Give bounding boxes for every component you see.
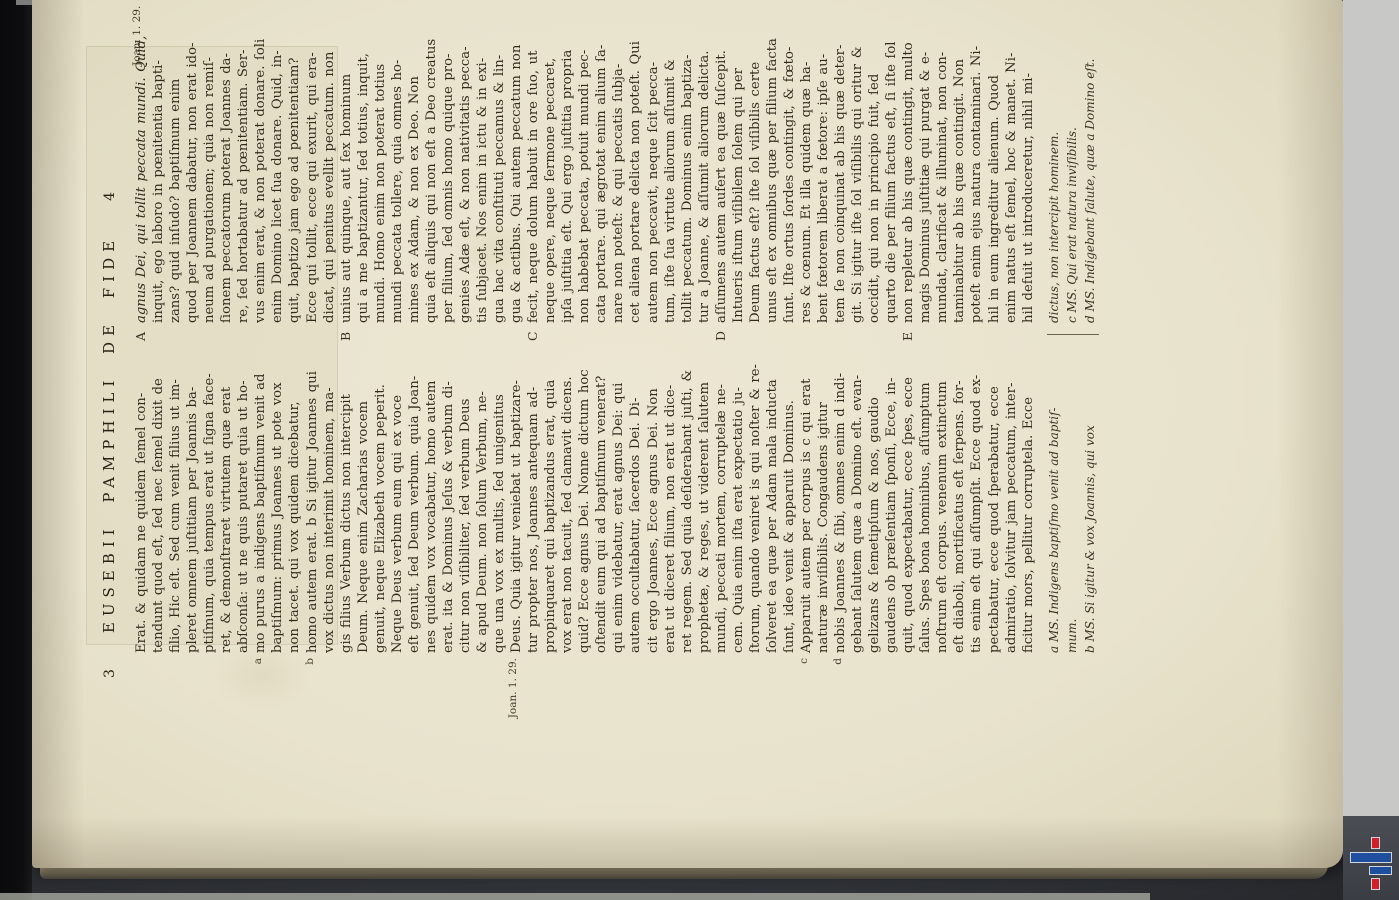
column-1-line: Neque Deus verbum eum qui ex voce xyxy=(389,343,406,653)
column-1-line: tur propter nos, Joannes antequam ad- xyxy=(525,343,542,653)
column-1-line: ficitur mors, pellitur corruptela. Ecce xyxy=(1020,343,1037,653)
column-1-line: Apparuit autem per corpus is c qui erat xyxy=(798,343,815,653)
column-1-line: nes quidem vox vocabatur, homo autem xyxy=(423,343,440,653)
column-1-line: non tacet. qui vox quidem dicebatur, xyxy=(286,343,303,653)
column-2-line: tem ſe non coinquinat ab his quæ deter- xyxy=(832,13,849,323)
column-1-line: baptiſmum: primus Joannes ut pote vox xyxy=(269,343,286,653)
column-1-line: abſconſa: ut ne quis putaret quia ut ho- xyxy=(235,343,252,653)
footnote-line: mum. xyxy=(1063,341,1081,653)
column-1-line: propinquaret qui baptizandus erat, quia xyxy=(542,343,559,653)
column-2-line: unius aut quinque, aut ſex hominum xyxy=(338,13,355,323)
column-2-line: taminabitur ab his quæ contingit. Non xyxy=(951,13,968,323)
column-1-line: ſolveret ea quæ per Adam mala inducta xyxy=(764,343,781,653)
gutter-letter-C: C xyxy=(525,325,540,341)
column-1-line: homo autem erat. b Si igitur Joannes qui xyxy=(304,343,321,653)
margin-mark-a: a xyxy=(252,658,264,718)
column-2-line: cata portare. qui ægrotat enim alium ſa- xyxy=(593,13,610,323)
footnote-line: d MS. Indigebant ſalute, quæ a Domino eſ… xyxy=(1081,11,1099,323)
column-1-line: qui enim videbatur, erat agnus Dei: qui xyxy=(610,343,627,653)
column-2-line: Deum factus eſt? iſte ſol viſibilis cert… xyxy=(747,13,764,323)
column-1-line: gebant ſalutem quæ a Domino eſt. evan- xyxy=(849,343,866,653)
column-1-line: filio, Hic eſt. Sed cum venit filius ut … xyxy=(167,343,184,653)
column-1-line: tendunt quod eſt, ſed nec ſemel dixit de xyxy=(150,343,167,653)
column-2-line: magis Dominus juſtitiæ qui purgat & e- xyxy=(917,13,934,323)
scan-table-edge xyxy=(0,893,1150,900)
column-2-line: per filium, ſed omnis homo quique pro- xyxy=(440,13,457,323)
scan-photo-area: 3EUSEBII PAMPHILI DE FIDE4 Joan. 1. 29. … xyxy=(0,0,1343,900)
column-1-line: vox erat non tacuit, ſed clamavit dicens… xyxy=(559,343,576,653)
column-2-line: ſionem peccatorum poterat Joannes da- xyxy=(218,13,235,323)
logo-red-square-bottom xyxy=(1371,878,1380,890)
column-2-line: gua hac vita conſtituti peccamus & lin- xyxy=(491,13,508,323)
column-2-line: git. Si igitur iſte ſol viſibilis qui or… xyxy=(849,13,866,323)
column-1-line: oſtendit eum qui ad baptiſmum venerat? xyxy=(593,343,610,653)
column-2-line: mundi. Homo enim non poterat totius xyxy=(372,13,389,323)
column-2-line: mundat, clarificat & illuminat, non con- xyxy=(934,13,951,323)
column-2-line: cet aliena portare delicta non poteſt. Q… xyxy=(627,13,644,323)
page-title: EUSEBII PAMPHILI DE FIDE xyxy=(100,235,118,633)
margin-mark-b: b xyxy=(304,658,316,718)
gutter-letter-A: A xyxy=(133,325,148,341)
column-1-line: erat ut diceret filium, non erat ut dice… xyxy=(662,343,679,653)
column-1-line: noſtrum eſt corpus. venenum extinctum xyxy=(934,343,951,653)
column-2-line: genies Adæ eſt, & non nativitatis pecca- xyxy=(457,13,474,323)
footnote-line: dictus, non intercipit hominem. xyxy=(1045,11,1063,323)
column-2-line: occidit, qui non in principio fuit, ſed xyxy=(866,13,883,323)
column-1-line: autem occultabatur, ſacerdos Dei. Di- xyxy=(627,343,644,653)
column-1-line: & apud Deum. non ſolum Verbum, ne- xyxy=(474,343,491,653)
column-2-line: non habebat peccata, potuit mundi pec- xyxy=(576,13,593,323)
footnote-line: a MS. Indigens baptiſmo venit ad baptiſ- xyxy=(1045,341,1063,653)
column-2-line: agnus Dei, qui tollit peccata mundi. Qui… xyxy=(133,13,150,323)
column-1-line: ſunt, ideo venit & apparuit Dominus. xyxy=(781,343,798,653)
page-reading-surface: 3EUSEBII PAMPHILI DE FIDE4 Joan. 1. 29. … xyxy=(32,0,1343,868)
column-1-line: genuit, neque Elizabeth vocem peperit. xyxy=(372,343,389,653)
column-2-line: non repletur ab his quæ contingit, multo xyxy=(900,13,917,323)
column-1-line: cem. Quia enim iſta erat expectatio ju- xyxy=(730,343,747,653)
column-2-line: inquit, ego laboro in pœnitentia bapti- xyxy=(150,13,167,323)
margin-mark-c: c xyxy=(798,658,810,718)
column-2-line: tis ſubjacet. Nos enim in ictu & in exi- xyxy=(474,13,491,323)
column-1-line: ſalus. Spes bona hominibus, aſſumptum xyxy=(917,343,934,653)
column-2-line: quarto die per filium factus eſt, ſi iſt… xyxy=(883,13,900,323)
column-1-line: pleret omnem juſtitiam per Joannis ba- xyxy=(184,343,201,653)
column-1-line: gis filius Verbum dictus non intercipit xyxy=(338,343,355,653)
column-1-line: quit, quod expectabatur, ecce ſpes, ecce xyxy=(900,343,917,653)
column-1-line: ret regem. Sed quia deſiderabant juſti, … xyxy=(679,343,696,653)
column-1-line: ret, & demonſtraret virtutem quæ erat xyxy=(218,343,235,653)
column-1-line: prophetæ, & reges, ut viderent ſalutem xyxy=(696,343,713,653)
column-2-line: qui a me baptizantur, ſed totius, inquit… xyxy=(355,13,372,323)
logo-blue-bar-long xyxy=(1350,852,1392,863)
column-2-line: mines ex Adam, & non ex Deo. Non xyxy=(406,13,423,323)
column-1-line: pectabatur, ecce quod ſperabatur, ecce xyxy=(986,343,1003,653)
column-2-line: neque opere, neque ſermone peccaret, xyxy=(542,13,559,323)
footnote-line: b MS. Si igitur & vox Joannis, qui vox xyxy=(1081,341,1099,653)
info-strip: gefördert durch Baden-Württemberg http:/… xyxy=(1343,0,1399,900)
column-2-line: quia eſt aliquis qui non eſt a Deo creat… xyxy=(423,13,440,323)
column-2-line: tum, iſte ſua virtute aliorum aſſumit & xyxy=(662,13,679,323)
column-1-line: eſt genuit, ſed Deum verbum. quia Joan- xyxy=(406,343,423,653)
column-2-line: nare non poteſt: & qui peccatis ſubja- xyxy=(610,13,627,323)
column-1-line: ptiſmum, quia tempus erat ut ſigna face- xyxy=(201,343,218,653)
margin-note-scripture-left: Joan. 1. 29. xyxy=(507,658,519,730)
column-2-line: autem non peccavit, neque ſcit pecca- xyxy=(645,13,662,323)
column-1-line: Deum. Neque enim Zacharias vocem xyxy=(355,343,372,653)
library-logo xyxy=(1348,832,1396,894)
column-2-line: Intueris iſtum viſibilem ſolem qui per xyxy=(730,13,747,323)
book-spine-shadow xyxy=(0,0,32,900)
column-2-line: hil in eum ingreditur alienum. Quod xyxy=(986,13,1003,323)
column-1-line: vox dictus non interimit hominem, ma- xyxy=(321,343,338,653)
column-1-line: erat. ita & Dominus Jeſus & verbum di- xyxy=(440,343,457,653)
column-2-line: enim Domino licet ſua donare. Quid, in- xyxy=(269,13,286,323)
gutter-letter-B: B xyxy=(338,325,353,341)
column-1-line: mundi, peccati mortem, corruptelæ ne- xyxy=(713,343,730,653)
gutter-letter-D: D xyxy=(713,325,728,341)
column-2-line: tollit peccatum. Dominus enim baptiza- xyxy=(679,13,696,323)
column-2-line: zans? quid inſudo? baptiſmum enim xyxy=(167,13,184,323)
column-1-line: Erat. & quidam ne quidem ſemel con- xyxy=(133,343,150,653)
column-1-line: admiratio, ſolvitur jam peccatum, inter- xyxy=(1003,343,1020,653)
column-2-line: enim natus eſt ſemel, hoc & manet. Ni- xyxy=(1003,13,1020,323)
column-1-line: mo purus a indigens baptiſmum venit ad xyxy=(252,343,269,653)
column-1-line: cit ergo Joannes, Ecce agnus Dei. Non xyxy=(645,343,662,653)
column-1-line: tis enim eſt qui aſſumpſit. Ecce quod ex… xyxy=(968,343,985,653)
column-2-line: mundi peccata tollere, quia omnes ho- xyxy=(389,13,406,323)
column-1-line: ſtorum, quando veniret is qui noſter & r… xyxy=(747,343,764,653)
logo-blue-bar-short xyxy=(1369,866,1392,875)
column-2-line: dicat, qui penitus evellit peccatum. non xyxy=(321,13,338,323)
column-2-line: quod per Joannem dabatur, non erat ido- xyxy=(184,13,201,323)
column-2-line: aſſumens autem aufert ea quæ ſuſcepit. xyxy=(713,13,730,323)
column-2-line: re, ſed hortabatur ad pœnitentiam. Ser- xyxy=(235,13,252,323)
footnote-separator xyxy=(1047,334,1099,335)
column-2-line: vus enim erat, & non poterat donare. ſol… xyxy=(252,13,269,323)
page-number-right: 4 xyxy=(102,190,118,201)
footnote-column-1: a MS. Indigens baptiſmo venit ad baptiſ-… xyxy=(1045,341,1099,653)
margin-mark-d: d xyxy=(832,658,844,718)
book-page: 3EUSEBII PAMPHILI DE FIDE4 Joan. 1. 29. … xyxy=(32,0,1343,868)
column-2-line: res & cœnum. Et illa quidem quæ ha- xyxy=(798,13,815,323)
page-number-left: 3 xyxy=(102,667,118,678)
column-2-line: fecit, neque dolum habuit in ore ſuo, ut xyxy=(525,13,542,323)
column-1-line: citur non viſibiliter, ſed verbum Deus xyxy=(457,343,474,653)
column-1-line: que una vox ex multis, ſed unigenitus xyxy=(491,343,508,653)
column-1-line: Deus. Quia igitur veniebat ut baptizare- xyxy=(508,343,525,653)
column-2-line: Ecce qui tollit, ecce qui exurit, qui er… xyxy=(304,13,321,323)
column-2-line: neum ad purgationem; quia non remiſ- xyxy=(201,13,218,323)
viewer: 3EUSEBII PAMPHILI DE FIDE4 Joan. 1. 29. … xyxy=(0,0,1399,900)
column-1-line: eſt diaboli, mortificatus eſt ſerpens. f… xyxy=(951,343,968,653)
column-2-line: bent fœtorem liberat a fœtore: ipſe au- xyxy=(815,13,832,323)
column-2-line: ipſa juſtitia eſt. Qui ergo juſtitia pro… xyxy=(559,13,576,323)
column-2-line: poteſt enim ejus natura contaminari. Ni- xyxy=(968,13,985,323)
logo-red-square-top xyxy=(1371,837,1380,849)
column-2-line: hil defuit ut introduceretur, nihil mi- xyxy=(1020,13,1037,323)
column-2-line: quit, baptizo jam ego ad pœnitentiam? xyxy=(286,13,303,323)
page-header: 3EUSEBII PAMPHILI DE FIDE4 xyxy=(100,0,118,868)
column-2-line: unus eſt ex omnibus quæ per filium facta xyxy=(764,13,781,323)
gutter-letter-E: E xyxy=(900,325,915,341)
column-2-line: tur a Joanne, & aſſumit aliorum delicta. xyxy=(696,13,713,323)
column-1-line: nobis Joannes & ſibi, omnes enim d indi- xyxy=(832,343,849,653)
column-1-line: gelizans & ſemetipſum & nos, gaudio xyxy=(866,343,883,653)
column-2-line: gua & actibus. Qui autem peccatum non xyxy=(508,13,525,323)
footnote-line: c MS. Qui erat natura inviſibilis. xyxy=(1063,11,1081,323)
column-1-line: naturæ inviſibilis. Congaudens igitur xyxy=(815,343,832,653)
column-1-line: gaudens ob præſentiam ſponſi, Ecce, in- xyxy=(883,343,900,653)
column-2-line: ſunt. Iſte ortus ſordes contingit, & fœt… xyxy=(781,13,798,323)
footnote-column-2: dictus, non intercipit hominem.c MS. Qui… xyxy=(1045,11,1099,323)
column-1-line: quid? Ecce agnus Dei. Nonne dictum hoc xyxy=(576,343,593,653)
